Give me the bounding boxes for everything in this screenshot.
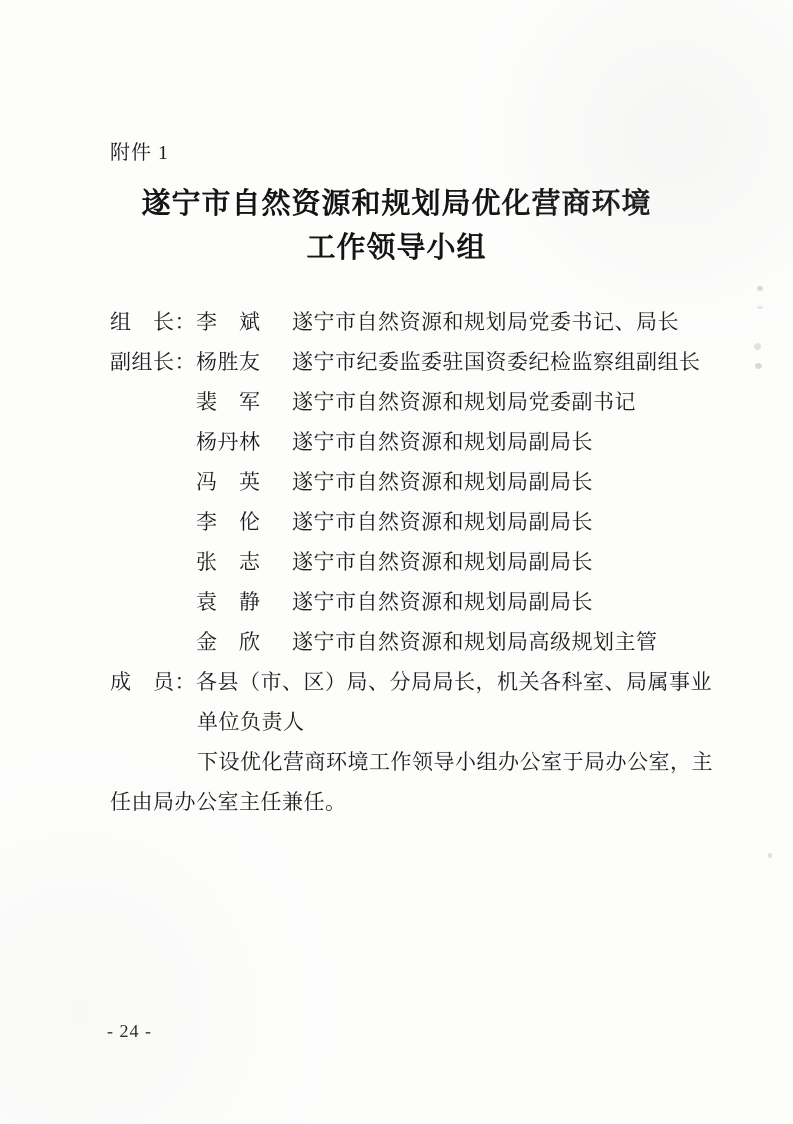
- member-title: 遂宁市自然资源和规划局副局长: [292, 582, 710, 622]
- roster-row: 杨丹林 遂宁市自然资源和规划局副局长: [110, 422, 710, 462]
- document-title: 遂宁市自然资源和规划局优化营商环境 工作领导小组: [0, 182, 793, 270]
- role-label: [110, 502, 196, 542]
- member-title: 遂宁市自然资源和规划局高级规划主管: [292, 622, 710, 662]
- members-text-line-2-row: 单位负责人: [110, 702, 710, 742]
- member-name: 杨胜友: [196, 342, 292, 382]
- role-label: [110, 382, 196, 422]
- scan-artifact: [757, 286, 763, 291]
- member-title: 遂宁市自然资源和规划局副局长: [292, 542, 710, 582]
- scan-artifact: [757, 306, 763, 309]
- roster-row: 张 志 遂宁市自然资源和规划局副局长: [110, 542, 710, 582]
- role-label: 成 员：: [110, 662, 196, 702]
- members-text-line-1: 各县（市、区）局、分局局长，机关各科室、局属事业: [196, 662, 712, 702]
- roster-row: 金 欣 遂宁市自然资源和规划局高级规划主管: [110, 622, 710, 662]
- attachment-label: 附件 1: [110, 136, 169, 165]
- closing-line-1: 下设优化营商环境工作领导小组办公室于局办公室，主: [197, 742, 713, 782]
- member-name: 李 伦: [196, 502, 292, 542]
- role-label: [110, 542, 196, 582]
- member-name: 金 欣: [196, 622, 292, 662]
- member-name: 杨丹林: [196, 422, 292, 462]
- role-label: [110, 582, 196, 622]
- roster-row-deputy: 副组长： 杨胜友 遂宁市纪委监委驻国资委纪检监察组副组长: [110, 342, 710, 382]
- role-label: [110, 622, 196, 662]
- member-name: 冯 英: [196, 462, 292, 502]
- roster-row: 冯 英 遂宁市自然资源和规划局副局长: [110, 462, 710, 502]
- member-title: 遂宁市自然资源和规划局党委书记、局长: [292, 302, 710, 342]
- scan-artifact: [754, 343, 761, 350]
- scan-artifact: [768, 853, 772, 858]
- roster-row: 李 伦 遂宁市自然资源和规划局副局长: [110, 502, 710, 542]
- role-label: 组 长：: [110, 302, 196, 342]
- member-name: 张 志: [196, 542, 292, 582]
- role-label: [110, 462, 196, 502]
- roster-row: 裴 军 遂宁市自然资源和规划局党委副书记: [110, 382, 710, 422]
- leadership-roster: 组 长： 李 斌 遂宁市自然资源和规划局党委书记、局长 副组长： 杨胜友 遂宁市…: [110, 302, 710, 822]
- roster-row-leader: 组 长： 李 斌 遂宁市自然资源和规划局党委书记、局长: [110, 302, 710, 342]
- member-name: 裴 军: [196, 382, 292, 422]
- title-line-1: 遂宁市自然资源和规划局优化营商环境: [0, 182, 793, 226]
- member-title: 遂宁市自然资源和规划局副局长: [292, 462, 710, 502]
- members-text-line-2: 单位负责人: [197, 702, 305, 742]
- page-number: - 24 -: [107, 1021, 152, 1042]
- roster-row-members: 成 员： 各县（市、区）局、分局局长，机关各科室、局属事业: [110, 662, 710, 702]
- document-page: 附件 1 遂宁市自然资源和规划局优化营商环境 工作领导小组 组 长： 李 斌 遂…: [0, 0, 793, 1124]
- member-title: 遂宁市纪委监委驻国资委纪检监察组副组长: [292, 342, 710, 382]
- roster-row: 袁 静 遂宁市自然资源和规划局副局长: [110, 582, 710, 622]
- closing-line-2: 任由局办公室主任兼任。: [110, 782, 347, 822]
- role-label: 副组长：: [110, 342, 196, 382]
- closing-paragraph-line-1-row: 下设优化营商环境工作领导小组办公室于局办公室，主: [110, 742, 710, 782]
- member-title: 遂宁市自然资源和规划局党委副书记: [292, 382, 710, 422]
- member-title: 遂宁市自然资源和规划局副局长: [292, 502, 710, 542]
- member-title: 遂宁市自然资源和规划局副局长: [292, 422, 710, 462]
- role-label: [110, 422, 196, 462]
- member-name: 袁 静: [196, 582, 292, 622]
- member-name: 李 斌: [196, 302, 292, 342]
- scan-artifact: [755, 363, 762, 369]
- closing-paragraph-line-2-row: 任由局办公室主任兼任。: [110, 782, 710, 822]
- title-line-2: 工作领导小组: [0, 226, 793, 270]
